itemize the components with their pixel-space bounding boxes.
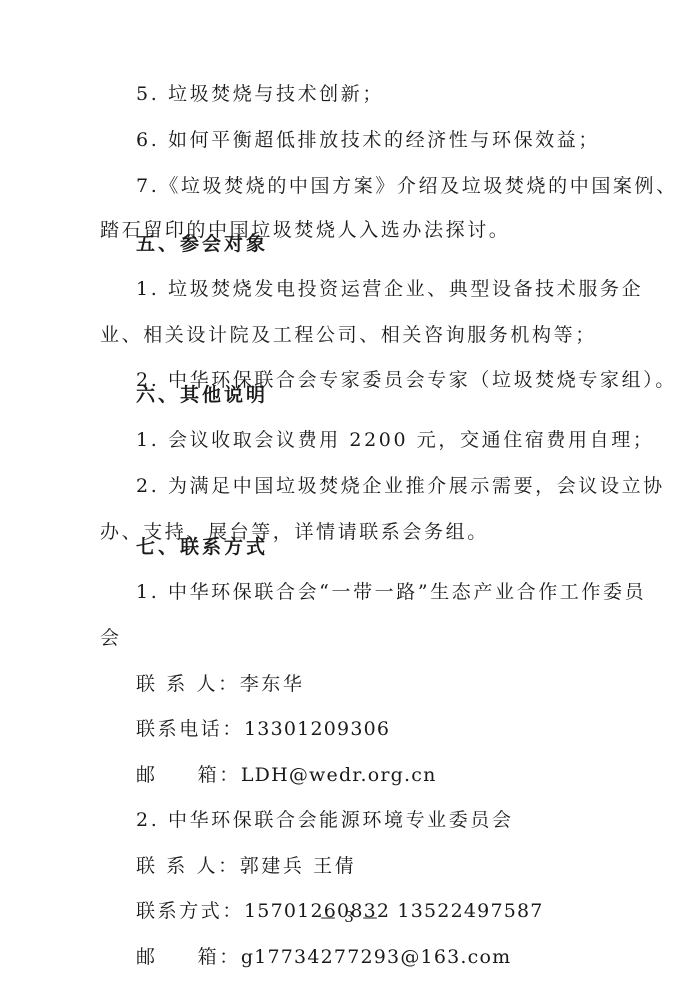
contact-org-1-name: 1. 中华环保联合会“一带一路”生态产业合作工作委员 [136, 580, 646, 604]
email-value: g17734277293@163.com [241, 946, 512, 968]
notes-item-2: 2. 为满足中国垃圾焚烧企业推介展示需要，会议设立协 [136, 474, 665, 498]
topic-item-6: 6. 如何平衡超低排放技术的经济性与环保效益； [136, 128, 600, 152]
attendees-item-1-cont: 业、相关设计院及工程公司、相关咨询服务机构等； [100, 323, 597, 347]
phone-label: 联系电话： [136, 718, 244, 740]
email-label-a: 邮 [136, 764, 158, 786]
section-heading-contact: 七、联系方式 [136, 535, 268, 559]
notes-item-1: 1. 会议收取会议费用 2200 元，交通住宿费用自理； [136, 428, 654, 452]
contact-person-value: 李东华 [240, 673, 305, 695]
contact-person-label: 联 系 人： [136, 673, 240, 695]
contact-org-1-person: 联 系 人：李东华 [136, 672, 305, 696]
topic-item-7: 7.《垃圾焚烧的中国方案》介绍及垃圾焚烧的中国案例、 [136, 174, 678, 198]
contact-person-value: 郭建兵 王倩 [240, 855, 357, 877]
email-label-a: 邮 [136, 946, 158, 968]
contact-org-2-email: 邮箱：g17734277293@163.com [136, 945, 511, 969]
contact-org-2-person: 联 系 人：郭建兵 王倩 [136, 854, 356, 878]
page-number: — 3 — [0, 908, 700, 926]
section-heading-other-notes: 六、其他说明 [136, 383, 268, 407]
contact-org-1-phone: 联系电话：13301209306 [136, 717, 390, 741]
section-heading-attendees: 五、参会对象 [136, 232, 268, 256]
email-label-b: 箱： [198, 764, 241, 786]
contact-org-1-name-cont: 会 [100, 626, 122, 650]
topic-item-5: 5. 垃圾焚烧与技术创新； [136, 82, 384, 106]
email-value: LDH@wedr.org.cn [241, 764, 437, 786]
phone-value: 13301209306 [244, 718, 390, 740]
contact-org-1-email: 邮箱：LDH@wedr.org.cn [136, 763, 437, 787]
contact-person-label: 联 系 人： [136, 855, 240, 877]
email-label-b: 箱： [198, 946, 241, 968]
attendees-item-1: 1. 垃圾焚烧发电投资运营企业、典型设备技术服务企 [136, 277, 643, 301]
document-page: 5. 垃圾焚烧与技术创新； 6. 如何平衡超低排放技术的经济性与环保效益； 7.… [0, 0, 700, 990]
contact-org-2-name: 2. 中华环保联合会能源环境专业委员会 [136, 808, 514, 832]
